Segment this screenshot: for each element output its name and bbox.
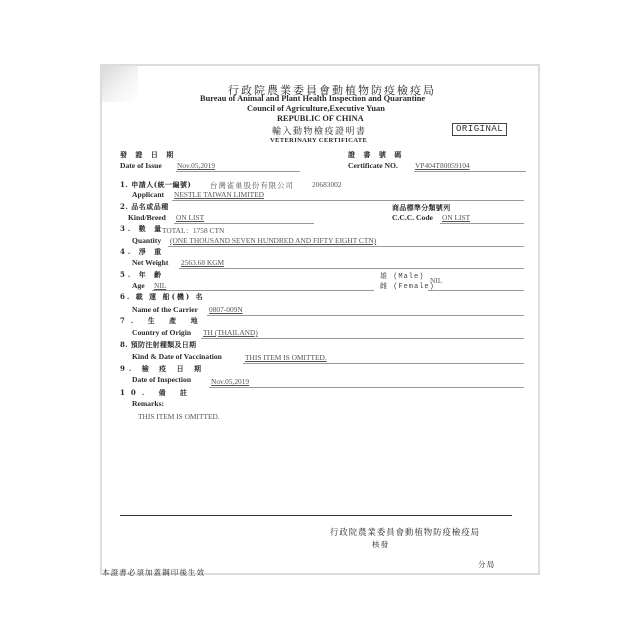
- kind-label-zh: 2. 品名或品種: [120, 202, 169, 212]
- origin-label: Country of Origin: [132, 328, 191, 337]
- origin-value: TH (THAILAND): [203, 328, 258, 337]
- kind-value: ON LIST: [176, 213, 204, 222]
- vaccination-label: Kind & Date of Vaccination: [132, 352, 222, 361]
- age-label: Age: [132, 281, 145, 290]
- issue-date-label: Date of Issue: [120, 161, 162, 170]
- remarks-label: Remarks:: [132, 399, 164, 408]
- female-label: 雌 (Female): [380, 281, 435, 291]
- validity-note-zh: 本證書必須加蓋鋼印後生效: [102, 567, 205, 578]
- inspection-date-label-zh: 9. 檢 疫 日 期: [120, 364, 205, 374]
- age-label-zh: 5. 年 齡: [120, 270, 164, 280]
- footer-divider: [120, 515, 512, 516]
- scan-shadow: [102, 66, 138, 102]
- vaccination-value: THIS ITEM IS OMITTED.: [245, 353, 327, 362]
- quantity-label: Quantity: [132, 236, 161, 245]
- ccc-code-label: C.C.C. Code: [392, 213, 433, 222]
- certificate-no-value: VP404T80059104: [415, 161, 470, 170]
- male-label: 雄 (Male): [380, 271, 424, 281]
- veterinary-certificate-page: 行政院農業委員會動植物防疫檢疫局 Bureau of Animal and Pl…: [100, 64, 540, 575]
- inspection-date-value: Nov.05,2019: [211, 377, 249, 386]
- vaccination-label-zh: 8. 預防注射種類及日期: [120, 340, 196, 350]
- applicant-value: NESTLE TAIWAN LIMITED: [174, 190, 264, 199]
- carrier-value: 0807-009N: [209, 305, 243, 314]
- quantity-total: TOTAL：1758 CTN: [162, 225, 224, 236]
- remarks-value: THIS ITEM IS OMITTED.: [138, 412, 220, 421]
- carrier-label-zh: 6. 載 運 船(機) 名: [120, 292, 205, 302]
- inspection-date-label: Date of Inspection: [132, 375, 191, 384]
- net-weight-value: 2563.68 KGM: [181, 258, 224, 267]
- bureau-title-en: Bureau of Animal and Plant Health Inspec…: [200, 94, 425, 103]
- net-weight-label-zh: 4. 淨 重: [120, 247, 164, 257]
- carrier-label: Name of the Carrier: [132, 305, 198, 314]
- document-title-zh: 輸入動物檢疫證明書: [272, 124, 367, 137]
- applicant-id: 20683002: [312, 180, 342, 189]
- net-weight-label: Net Weight: [132, 258, 168, 267]
- issue-date-label-zh: 發 證 日 期: [120, 150, 176, 160]
- applicant-label: Applicant: [132, 190, 164, 199]
- quantity-label-zh: 3. 數 量: [120, 224, 164, 234]
- council-name: Council of Agriculture,Executive Yuan: [247, 104, 385, 113]
- issuer-name-zh: 行政院農業委員會動植物防疫檢疫局: [330, 526, 480, 538]
- ccc-code-value: ON LIST: [442, 213, 470, 222]
- sex-value: NIL: [430, 276, 442, 285]
- original-stamp: ORIGINAL: [452, 123, 507, 136]
- branch-label-zh: 分局: [478, 559, 495, 570]
- origin-label-zh: 7. 生 產 地: [120, 316, 204, 326]
- quantity-value: (ONE THOUSAND SEVEN HUNDRED AND FIFTY EI…: [170, 236, 376, 245]
- age-value: NIL: [154, 281, 166, 290]
- issue-date-value: Nov.05,2019: [177, 161, 215, 170]
- issuer-sub-zh: 核發: [372, 539, 389, 550]
- country-name: REPUBLIC OF CHINA: [277, 114, 364, 123]
- ccc-code-label-zh: 商品標準分類號列: [392, 203, 450, 213]
- applicant-label-zh: 1. 申請人(統一編號): [120, 180, 191, 190]
- certificate-no-label: Certificate NO.: [348, 161, 398, 170]
- certificate-no-label-zh: 證 書 號 碼: [348, 150, 404, 160]
- kind-label: Kind/Breed: [128, 213, 166, 222]
- remarks-label-zh: 10. 備 註: [120, 388, 193, 398]
- document-title-en: VETERINARY CERTIFICATE: [270, 137, 367, 144]
